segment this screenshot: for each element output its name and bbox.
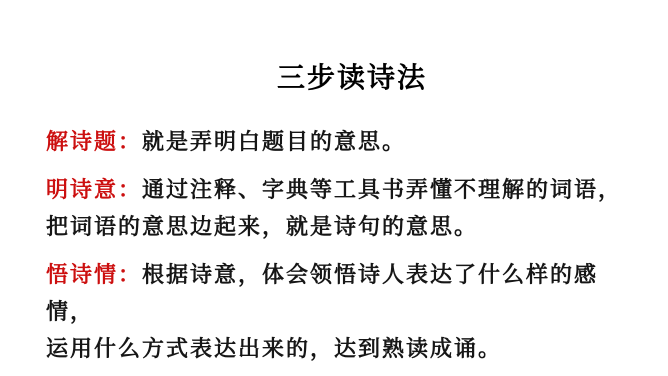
presentation-slide: 三步读诗法 解诗题：就是弄明白题目的意思。 明诗意：通过注释、字典等工具书弄懂不… [0,0,668,376]
poetry-step-item-1: 解诗题：就是弄明白题目的意思。 [46,123,634,160]
slide-title: 三步读诗法 [18,0,668,95]
step-label: 悟诗情： [46,262,142,287]
step-text-line: 把词语的意思边起来，就是诗句的意思。 [46,208,634,245]
step-text-line: 运用什么方式表达出来的，达到熟读成诵。 [46,330,634,367]
poetry-step-item-2: 明诗意：通过注释、字典等工具书弄懂不理解的词语， 把词语的意思边起来，就是诗句的… [46,171,634,245]
step-label: 明诗意： [46,177,142,202]
slide-body: 解诗题：就是弄明白题目的意思。 明诗意：通过注释、字典等工具书弄懂不理解的词语，… [46,123,634,367]
poetry-step-item-3: 悟诗情：根据诗意，体会领悟诗人表达了什么样的感情， 运用什么方式表达出来的，达到… [46,256,634,367]
step-label: 解诗题： [46,129,142,154]
step-text-line: 通过注释、字典等工具书弄懂不理解的词语， [142,177,622,202]
step-text-line: 就是弄明白题目的意思。 [142,129,406,154]
